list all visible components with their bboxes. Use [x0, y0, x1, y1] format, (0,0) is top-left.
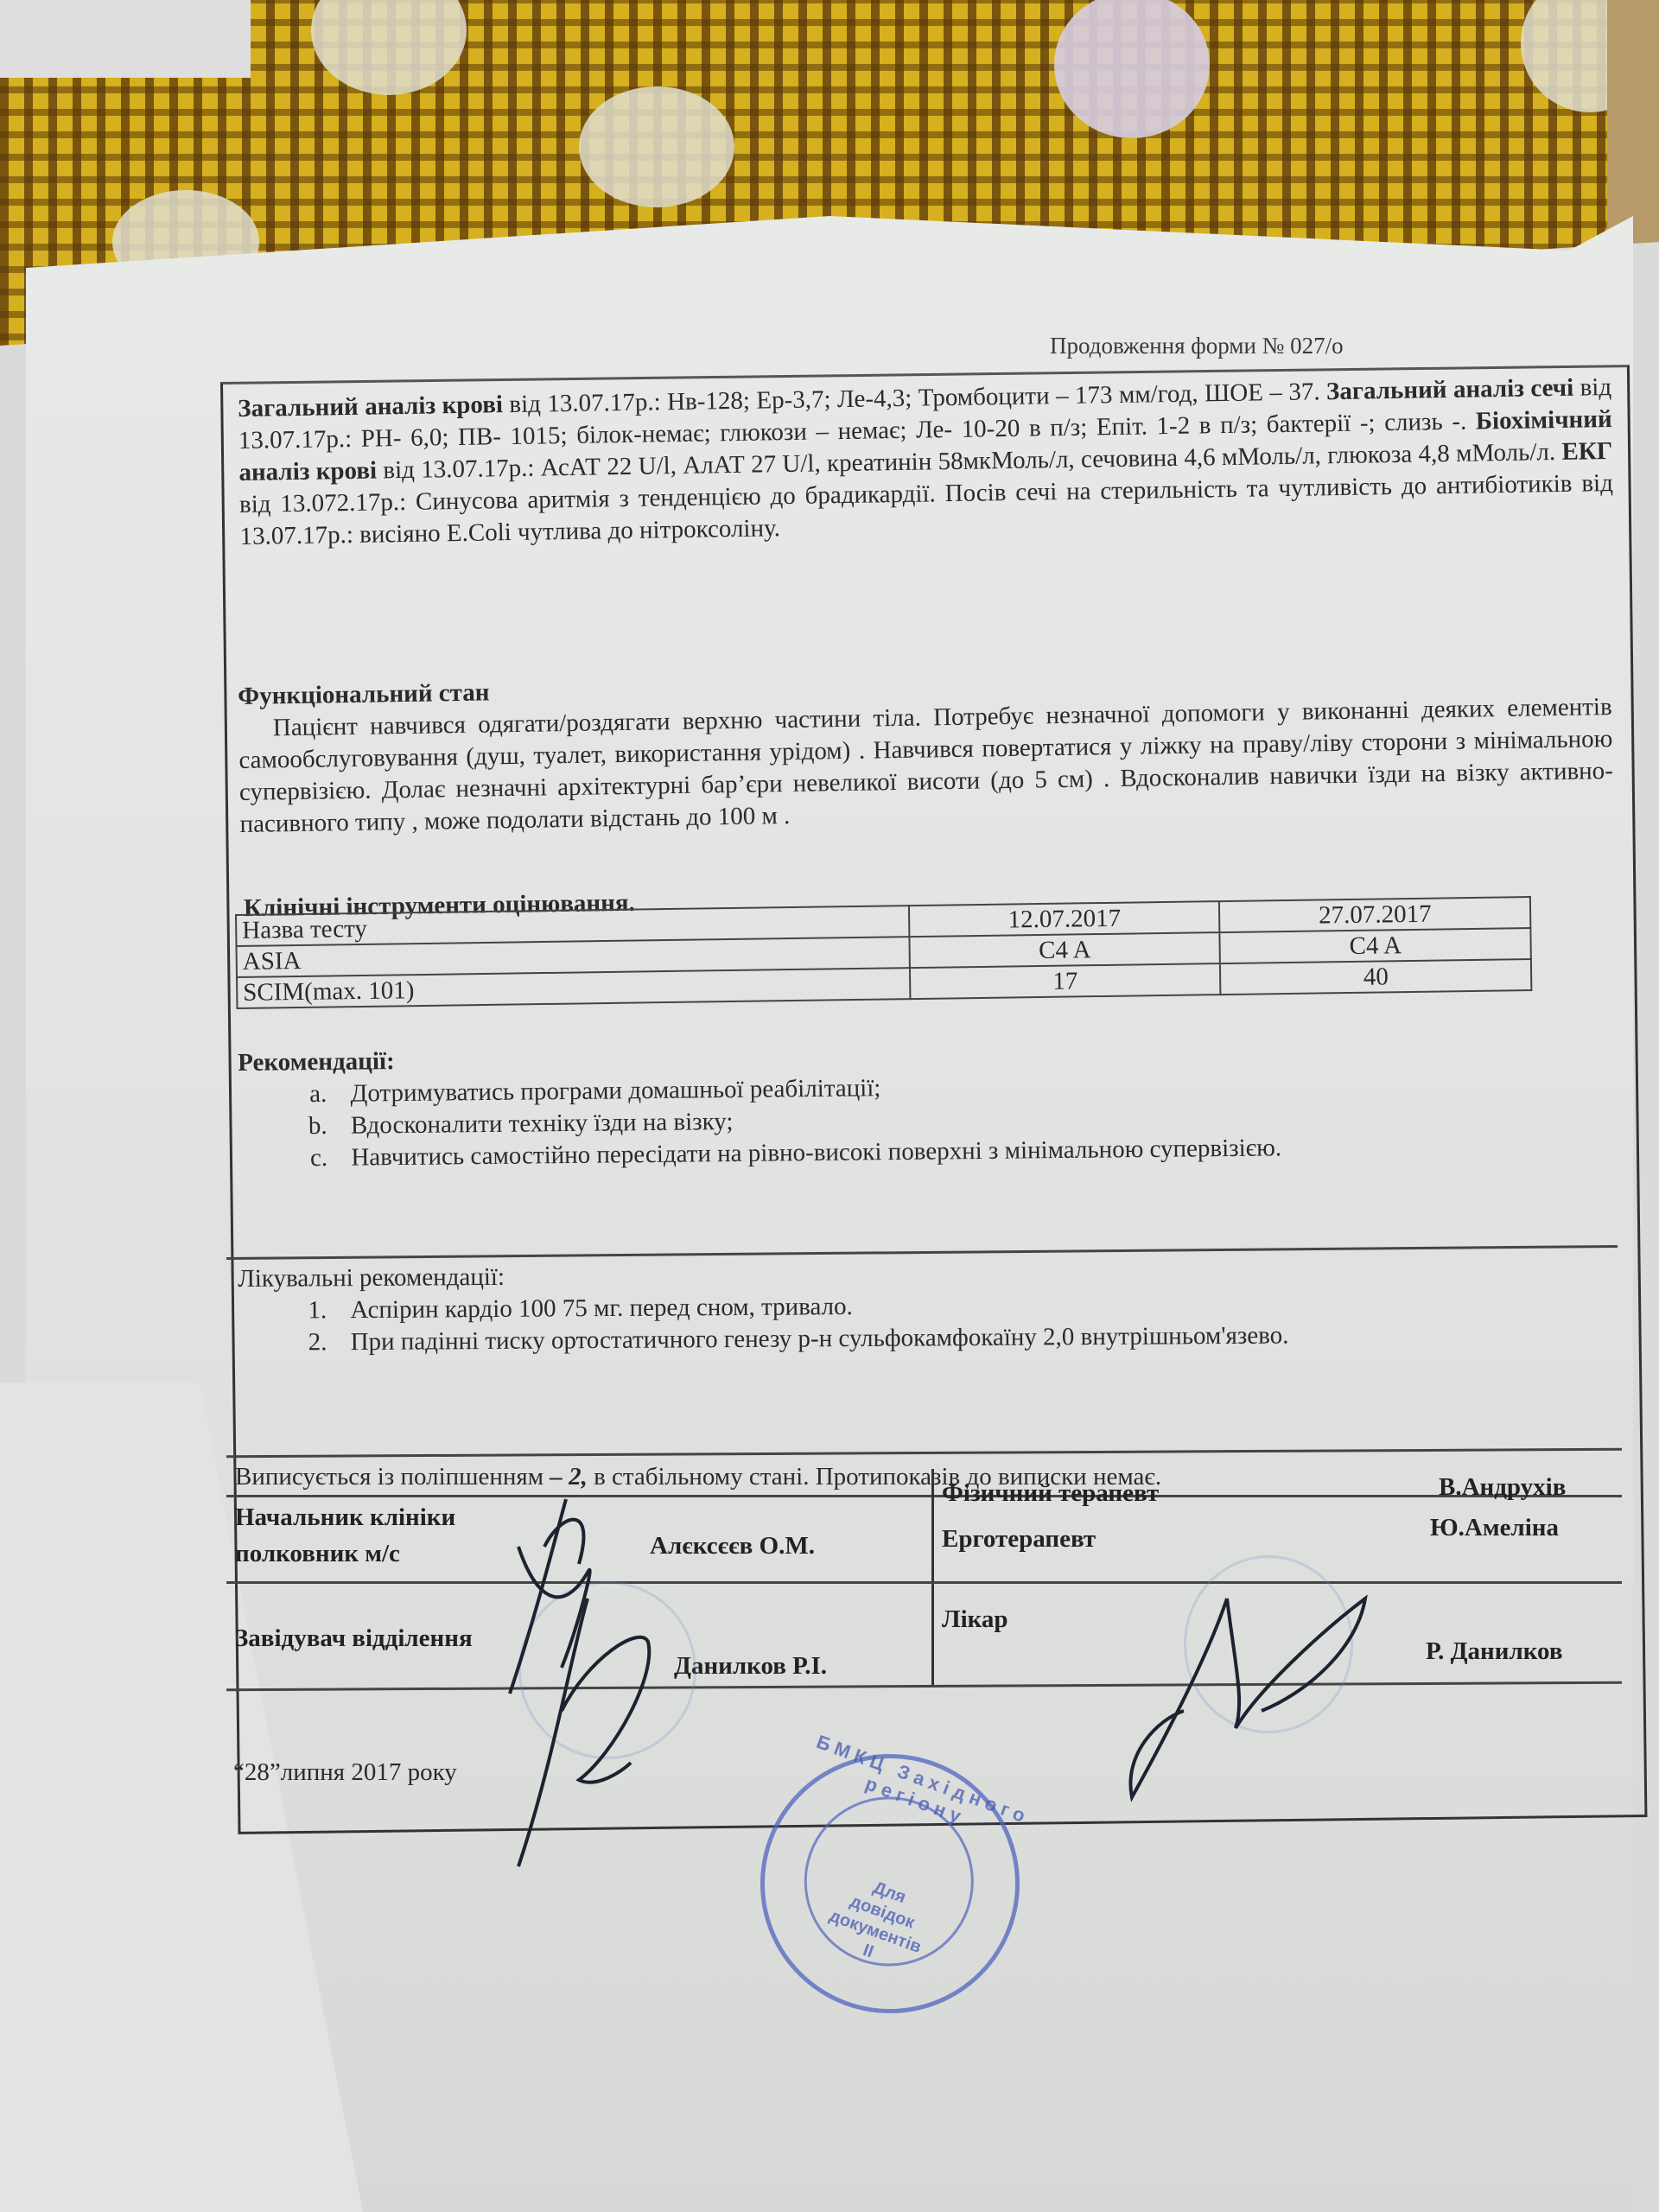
discharge-prefix: Виписується із поліпшенням — [235, 1463, 543, 1491]
doctor-name: Р. Данилков — [1426, 1637, 1563, 1666]
column-divider — [931, 1469, 934, 1685]
table-cell: 17 — [910, 963, 1221, 999]
ergo-title: Ерготерапевт — [942, 1525, 1096, 1554]
urine-general-label: Загальний аналіз сечі — [1326, 374, 1574, 405]
functional-state-section: Функціональний стан Пацієнт навчився одя… — [238, 659, 1614, 841]
dept-head-name: Данилков Р.І. — [674, 1652, 827, 1681]
functional-state-text: Пацієнт навчився одягати/роздягати верхн… — [238, 691, 1614, 841]
table-cell: C4 A — [909, 932, 1220, 968]
medical-discharge-document: Продовження форми № 027/о Загальний анал… — [0, 0, 1659, 2212]
signature-dept-head — [484, 1590, 691, 1884]
stamp-center-text: Для довідок документів II — [816, 1866, 942, 1979]
signature-doctor — [1106, 1581, 1382, 1806]
blood-general-label: Загальний аналіз крові — [238, 391, 503, 423]
form-number: Продовження форми № 027/о — [1050, 333, 1344, 359]
ergo-name: Ю.Амеліна — [1430, 1514, 1559, 1542]
divider — [226, 1581, 1622, 1584]
physio-name: В.Андрухів — [1439, 1473, 1566, 1502]
discharge-handwritten: – 2, — [543, 1463, 588, 1491]
physio-title: Фізичний терапевт — [942, 1479, 1159, 1508]
table-header-cell: 27.07.2017 — [1219, 897, 1530, 932]
table-cell: C4 A — [1220, 928, 1531, 963]
ekg-label: ЕКГ — [1561, 437, 1612, 466]
lab-results: Загальний аналіз крові від 13.07.17р.: Н… — [238, 372, 1614, 553]
divider — [226, 1495, 1622, 1497]
document-date: “28”липня 2017 року — [233, 1758, 457, 1787]
medical-recommendations-list: Аспірин кардіо 100 75 мг. перед сном, тр… — [238, 1286, 1611, 1359]
assessment-table: Назва тесту 12.07.2017 27.07.2017 ASIA C… — [235, 896, 1532, 1009]
medical-recommendations-section: Лікувальні рекомендації: Аспірин кардіо … — [238, 1254, 1612, 1359]
recommendations-list: Дотримуватись програми домашньої реабілі… — [238, 1065, 1612, 1175]
clinic-head-title-1: Начальник клініки — [235, 1503, 455, 1532]
clinic-head-title-2: полковник м/с — [235, 1540, 400, 1568]
doctor-title: Лікар — [942, 1605, 1008, 1634]
dept-head-title: Завідувач відділення — [235, 1624, 473, 1653]
table-cell: 40 — [1220, 959, 1531, 995]
table-header-cell: 12.07.2017 — [909, 901, 1220, 937]
clinic-head-name: Алєксєєв О.М. — [650, 1532, 815, 1560]
recommendations-section: Рекомендації: Дотримуватись програми дом… — [238, 1033, 1612, 1175]
